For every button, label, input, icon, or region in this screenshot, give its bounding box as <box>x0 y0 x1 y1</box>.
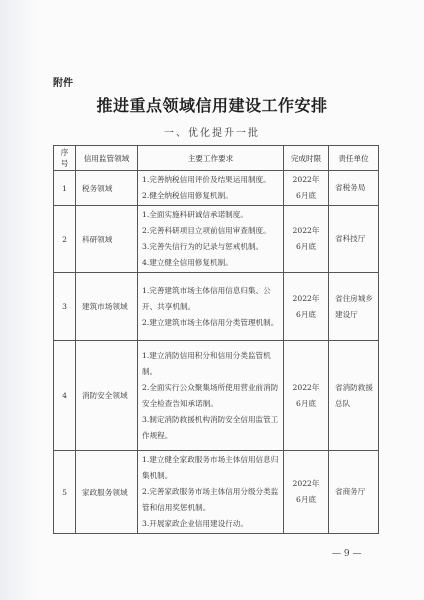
row-unit: 省科技厅 <box>329 206 379 273</box>
row-no: 1 <box>54 171 76 206</box>
requirement-item: 1.建立消防信用积分和信用分类监管机制。 <box>142 348 279 380</box>
header-deadline: 完成时限 <box>284 146 329 171</box>
requirement-item: 2.健全纳税信用修复机制。 <box>142 188 279 204</box>
section-heading: 一、优化提升一批 <box>0 124 424 139</box>
deadline-month: 6月底 <box>287 239 325 255</box>
row-area: 家政服务领域 <box>76 451 138 534</box>
table-row: 2 科研领域 1.全面实施科研诚信承诺制度。 2.完善科研项目立项前信用审查制度… <box>54 206 379 273</box>
scan-shadow <box>0 0 40 600</box>
requirement-item: 2.建立建筑市场主体信用分类管理机制。 <box>142 315 279 331</box>
requirement-item: 2.全面实行公众聚集场所使用营业前消防安全检查告知承诺制。 <box>142 380 279 412</box>
row-requirements: 1.建立消防信用积分和信用分类监管机制。 2.全面实行公众聚集场所使用营业前消防… <box>138 341 284 451</box>
requirement-item: 3.完善失信行为的记录与惩戒机制。 <box>142 239 279 255</box>
row-area: 税务领域 <box>76 171 138 206</box>
requirement-item: 1.建立健全家政服务市场主体信用信息归集机制。 <box>142 452 279 484</box>
header-unit: 责任单位 <box>329 146 379 171</box>
deadline-month: 6月底 <box>287 307 325 323</box>
requirement-item: 3.开展家政企业信用建设行动。 <box>142 516 279 532</box>
row-area: 建筑市场领域 <box>76 273 138 341</box>
row-requirements: 1.全面实施科研诚信承诺制度。 2.完善科研项目立项前信用审查制度。 3.完善失… <box>138 206 284 273</box>
row-unit: 省税务局 <box>329 171 379 206</box>
header-requirements: 主要工作要求 <box>138 146 284 171</box>
row-requirements: 1.完善建筑市场主体信用信息归集、公开、共享机制。 2.建立建筑市场主体信用分类… <box>138 273 284 341</box>
table-row: 1 税务领域 1.完善纳税信用评价及结果运用制度。 2.健全纳税信用修复机制。 … <box>54 171 379 206</box>
requirement-item: 2.完善科研项目立项前信用审查制度。 <box>142 223 279 239</box>
row-area: 科研领域 <box>76 206 138 273</box>
row-deadline: 2022年 6月底 <box>284 451 329 534</box>
deadline-year: 2022年 <box>287 172 325 188</box>
deadline-month: 6月底 <box>287 492 325 508</box>
row-deadline: 2022年 6月底 <box>284 273 329 341</box>
deadline-year: 2022年 <box>287 223 325 239</box>
document-title: 推进重点领域信用建设工作安排 <box>0 93 424 116</box>
deadline-year: 2022年 <box>287 291 325 307</box>
requirement-item: 1.全面实施科研诚信承诺制度。 <box>142 207 279 223</box>
row-no: 3 <box>54 273 76 341</box>
requirement-item: 2.完善家政服务市场主体信用分级分类监管和信用奖惩机制。 <box>142 484 279 516</box>
deadline-month: 6月底 <box>287 396 325 412</box>
row-no: 2 <box>54 206 76 273</box>
row-unit: 省住房城乡建设厅 <box>329 273 379 341</box>
work-arrangement-table: 序号 信用监管领域 主要工作要求 完成时限 责任单位 1 税务领域 1.完善纳税… <box>53 145 379 534</box>
requirement-item: 1.完善建筑市场主体信用信息归集、公开、共享机制。 <box>142 283 279 315</box>
row-unit: 省商务厅 <box>329 451 379 534</box>
requirement-item: 3.制定消防救援机构消防安全信用监管工作规程。 <box>142 412 279 444</box>
row-requirements: 1.完善纳税信用评价及结果运用制度。 2.健全纳税信用修复机制。 <box>138 171 284 206</box>
row-no: 4 <box>54 341 76 451</box>
row-unit: 省消防救援总队 <box>329 341 379 451</box>
row-area: 消防安全领域 <box>76 341 138 451</box>
row-deadline: 2022年 6月底 <box>284 171 329 206</box>
deadline-month: 6月底 <box>287 188 325 204</box>
deadline-year: 2022年 <box>287 476 325 492</box>
row-no: 5 <box>54 451 76 534</box>
row-deadline: 2022年 6月底 <box>284 206 329 273</box>
page-number: — 9 — <box>332 549 361 559</box>
requirement-item: 4.建立健全信用修复机制。 <box>142 255 279 271</box>
row-deadline: 2022年 6月底 <box>284 341 329 451</box>
row-requirements: 1.建立健全家政服务市场主体信用信息归集机制。 2.完善家政服务市场主体信用分级… <box>138 451 284 534</box>
table-row: 4 消防安全领域 1.建立消防信用积分和信用分类监管机制。 2.全面实行公众聚集… <box>54 341 379 451</box>
table-row: 3 建筑市场领域 1.完善建筑市场主体信用信息归集、公开、共享机制。 2.建立建… <box>54 273 379 341</box>
table-header-row: 序号 信用监管领域 主要工作要求 完成时限 责任单位 <box>54 146 379 171</box>
header-no: 序号 <box>54 146 76 171</box>
requirement-item: 1.完善纳税信用评价及结果运用制度。 <box>142 172 279 188</box>
attachment-label: 附件 <box>53 74 73 89</box>
table-row: 5 家政服务领域 1.建立健全家政服务市场主体信用信息归集机制。 2.完善家政服… <box>54 451 379 534</box>
header-area: 信用监管领域 <box>76 146 138 171</box>
deadline-year: 2022年 <box>287 380 325 396</box>
